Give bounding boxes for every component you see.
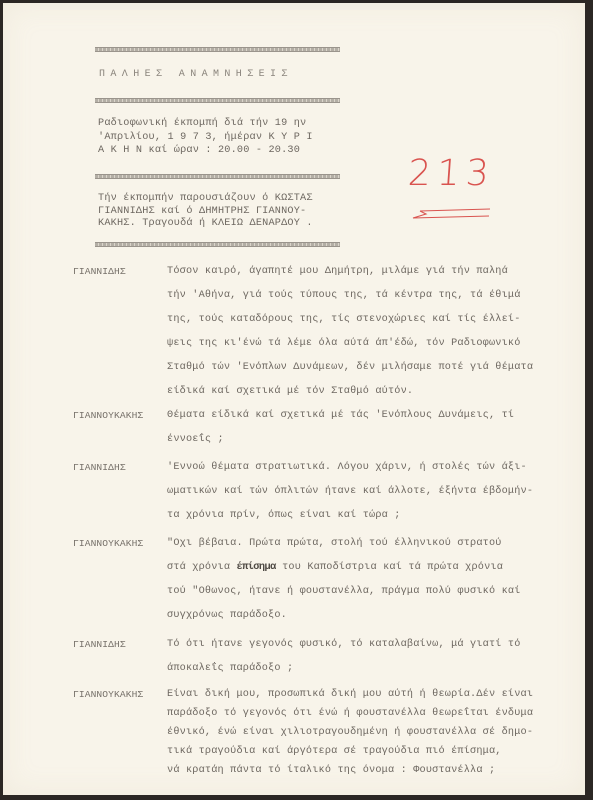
speaker-giannoukakis: ΓΙΑΝΝΟΥΚΑΚΗΣ xyxy=(73,689,143,700)
dialogue-line: τικά τραγούδια καί άργότερα σέ τραγούδια… xyxy=(167,746,502,757)
speaker-giannidis: ΓΙΑΝΝΙΔΗΣ xyxy=(73,639,126,650)
struck-out-word: έπίσημα xyxy=(236,562,275,573)
dialogue-line: συγχρόνως παράδοξο. xyxy=(167,610,287,621)
speaker-giannoukakis: ΓΙΑΝΝΟΥΚΑΚΗΣ xyxy=(73,538,143,549)
page-number-annotation: 213 xyxy=(407,153,497,194)
dialogue-line: Σταθμό τών 'Ενόπλων Δυνάμεων, δέν μιλήσα… xyxy=(167,362,533,373)
document-title: ΠΑΛΗΕΣ ΑΝΑΜΝΗΣΕΙΣ xyxy=(99,69,293,80)
dialogue-line: στά χρόνια έπίσημα του Καποδίστρια καί τ… xyxy=(167,562,503,573)
broadcast-line: 'Απριλίου, 1 9 7 3, ήμέραν Κ Υ Ρ Ι xyxy=(98,131,313,145)
top-rule xyxy=(95,47,340,52)
cast-line: ΚΑΚΗΣ. Τραγουδά ή ΚΛΕΙΩ ΔΕΝΑΡΔΟΥ . xyxy=(98,218,313,231)
broadcast-line: Α Κ Η Ν καί ώραν : 20.00 - 20.30 xyxy=(98,144,313,158)
dialogue-line: παράδοξο τό γεγονός ότι ένώ ή φουστανέλλ… xyxy=(167,708,533,719)
cast-line: ΓΙΑΝΝΙΔΗΣ καί ό ΔΗΜΗΤΡΗΣ ΓΙΑΝΝΟΥ- xyxy=(98,206,313,219)
dialogue-line: ψεις της κι'ένώ τά λέμε όλα αύτά άπ'έδώ,… xyxy=(167,338,521,349)
dialogue-line: έννοεΐς ; xyxy=(167,434,224,445)
red-underline-mark xyxy=(412,208,494,220)
broadcast-info: Ραδιοφωνική έκπομπή διά τήν 19 ην 'Απριλ… xyxy=(98,117,313,158)
dialogue-line: 'Εννοώ θέματα στρατιωτικά. Λόγου χάριν, … xyxy=(167,462,527,473)
dialogue-line: ωματικών καί τών όπλιτών ήτανε καί άλλοτ… xyxy=(167,486,533,497)
dialogue-line: "Οχι βέβαια. Πρώτα πρώτα, στολή τού έλλη… xyxy=(167,538,502,549)
dialogue-line: Τό ότι ήτανε γεγονός φυσικό, τό καταλαβα… xyxy=(167,639,521,650)
dialogue-line: έθνικό, ένώ είναι χιλιοτραγουδημένη ή φο… xyxy=(167,727,533,738)
dialogue-line: τού "Οθωνος, ήτανε ή φουστανέλλα, πράγμα… xyxy=(167,586,521,597)
dialogue-fragment: στά χρόνια xyxy=(167,562,230,573)
dialogue-line: της, τούς καταδόρους της, τίς στενοχώριε… xyxy=(167,314,521,325)
typewritten-page: ΠΑΛΗΕΣ ΑΝΑΜΝΗΣΕΙΣ Ραδιοφωνική έκπομπή δι… xyxy=(3,3,585,795)
info-rule xyxy=(95,174,340,179)
speaker-giannidis: ΓΙΑΝΝΙΔΗΣ xyxy=(73,462,126,473)
broadcast-line: Ραδιοφωνική έκπομπή διά τήν 19 ην xyxy=(98,117,313,131)
dialogue-line: Θέματα είδικά καί σχετικά μέ τάς 'Ενόπλο… xyxy=(167,410,514,421)
cast-info: Τήν έκπομπήν παρουσιάζουν ό ΚΩΣΤΑΣ ΓΙΑΝΝ… xyxy=(98,193,313,231)
cast-line: Τήν έκπομπήν παρουσιάζουν ό ΚΩΣΤΑΣ xyxy=(98,193,313,206)
dialogue-line: τα χρόνια πρίν, όπως είναι καί τώρα ; xyxy=(167,510,401,521)
dialogue-line: τήν 'Αθήνα, γιά τούς τύπους της, τά κέντ… xyxy=(167,290,521,301)
dialogue-line: άποκαλεΐς παράδοξο ; xyxy=(167,663,293,674)
dialogue-fragment: του Καποδίστρια καί τά πρώτα χρόνια xyxy=(282,562,503,573)
dialogue-line: Είναι δική μου, προσωπικά δική μου αύτή … xyxy=(167,689,533,700)
speaker-giannoukakis: ΓΙΑΝΝΟΥΚΑΚΗΣ xyxy=(73,410,143,421)
dialogue-line: νά κρατάη πάντα τό ίταλικό της όνομα : Φ… xyxy=(167,765,495,776)
speaker-giannidis: ΓΙΑΝΝΙΔΗΣ xyxy=(73,266,126,277)
dialogue-line: είδικά καί σχετικά μέ τόν Σταθμό αύτόν. xyxy=(167,386,413,397)
dialogue-line: Τόσον καιρό, άγαπητέ μου Δημήτρη, μιλάμε… xyxy=(167,266,508,277)
title-rule xyxy=(95,98,340,103)
cast-rule xyxy=(95,242,340,247)
